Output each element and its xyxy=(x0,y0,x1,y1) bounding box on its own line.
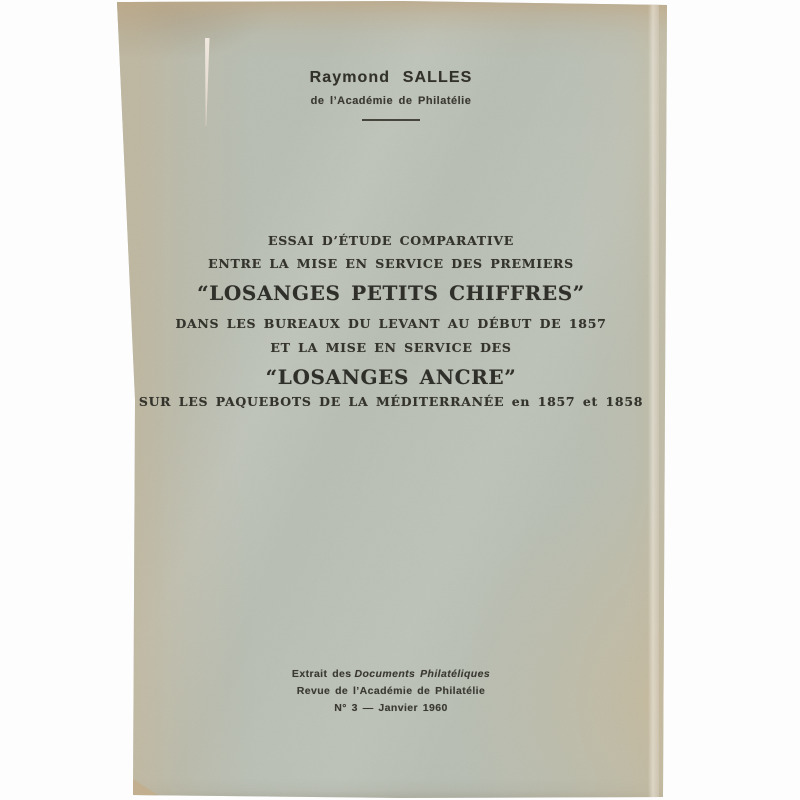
title-line-3: DANS LES BUREAUX DU LEVANT AU DÉBUT DE 1… xyxy=(117,316,665,332)
title-line-4: ET LA MISE EN SERVICE DES xyxy=(117,340,665,356)
corner-fold xyxy=(133,779,159,796)
divider-rule xyxy=(362,119,420,121)
title-line-2: ENTRE LA MISE EN SERVICE DES PREMIERS xyxy=(117,256,665,272)
title-line-5: SUR LES PAQUEBOTS DE LA MÉDITERRANÉE en … xyxy=(117,394,665,410)
author-affiliation: de l’Académie de Philatélie xyxy=(117,95,665,107)
scanned-page: Raymond SALLES de l’Académie de Philatél… xyxy=(0,0,800,800)
title-block: ESSAI D’ÉTUDE COMPARATIVE ENTRE LA MISE … xyxy=(117,233,665,410)
title-highlight-petits-chiffres: “LOSANGES PETITS CHIFFRES” xyxy=(117,281,665,306)
booklet-cover: Raymond SALLES de l’Académie de Philatél… xyxy=(0,0,800,800)
title-highlight-ancre: “LOSANGES ANCRE” xyxy=(117,365,665,390)
imprint-block: Extrait desDocuments Philatéliques Revue… xyxy=(117,666,665,717)
author-block: Raymond SALLES de l’Académie de Philatél… xyxy=(117,69,665,121)
imprint-publication-title: Documents Philatéliques xyxy=(355,668,491,680)
imprint-line-2: Revue de l’Académie de Philatélie xyxy=(117,683,665,700)
imprint-line-1: Extrait desDocuments Philatéliques xyxy=(117,666,665,683)
author-name: Raymond SALLES xyxy=(117,69,665,87)
title-line-1: ESSAI D’ÉTUDE COMPARATIVE xyxy=(117,233,665,249)
imprint-extrait: Extrait des xyxy=(292,668,352,680)
imprint-line-3: N° 3 — Janvier 1960 xyxy=(117,700,665,717)
